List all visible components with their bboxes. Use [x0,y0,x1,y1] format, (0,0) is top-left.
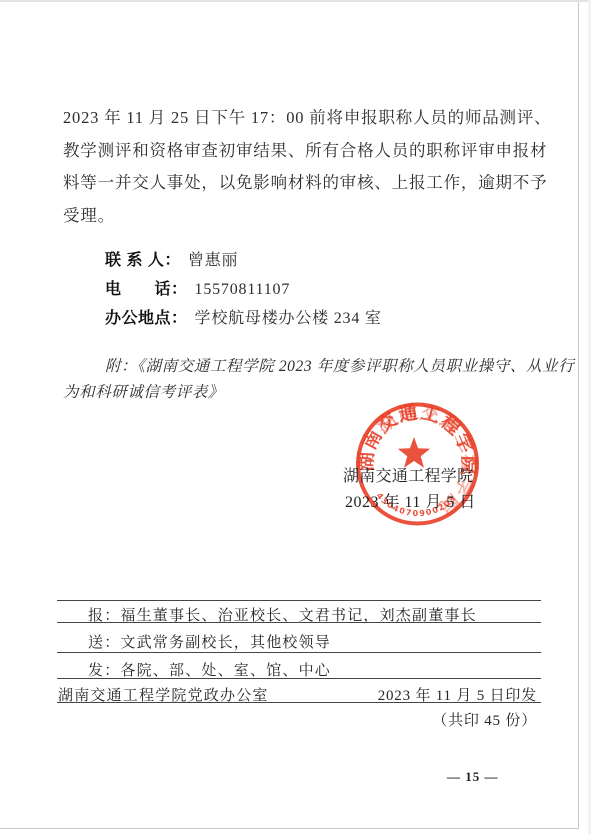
page-edge-top [0,0,591,2]
footer-distribute-label: 发： [88,663,120,679]
office-location-row: 办公地点：学校航母楼办公楼 234 室 [105,304,382,333]
footer-send-value: 文武常务副校长，其他校领导 [120,635,331,651]
footer-send-row: 送：文武常务副校长，其他校领导 [88,631,331,652]
signature-org-name: 湖南交通工程学院 [343,463,473,486]
phone-row: 电 话：15570811107 [105,275,382,304]
footer-distribute-value: 各院、部、处、室、馆、中心 [120,663,331,679]
footer-rule [57,702,541,703]
page-edge-bottom [0,828,579,829]
body-line: 料等一并交人事处，以免影响材料的审核、上报工作，逾期不予 [63,167,531,200]
body-line: 教学测评和资格审查初审结果、所有合格人员的职称评审申报材 [63,135,531,168]
body-line: 2023 年 11 月 25 日下午 17：00 前将申报职称人员的师品测评、 [63,102,531,135]
document-page: 2023 年 11 月 25 日下午 17：00 前将申报职称人员的师品测评、 … [0,0,591,834]
footer-rule [57,622,541,623]
contact-person-value: 曾惠丽 [188,252,238,269]
contact-person-label: 联 系 人： [105,252,181,269]
body-line: 受理。 [63,200,531,233]
footer-send-label: 送： [88,635,120,651]
footer-copies-count: （共印 45 份） [432,709,537,730]
body-paragraph: 2023 年 11 月 25 日下午 17：00 前将申报职称人员的师品测评、 … [63,102,531,232]
page-number: — 15 — [447,769,499,785]
phone-value: 15570811107 [195,281,291,298]
footer-rule [57,600,541,601]
office-location-label: 办公地点： [105,310,188,327]
page-edge-right [578,2,579,828]
phone-label: 电 话： [105,281,188,298]
office-location-value: 学校航母楼办公楼 234 室 [195,310,382,327]
footer-distribute-row: 发：各院、部、处、室、馆、中心 [88,659,331,680]
attachment-line: 附：《湖南交通工程学院 2023 年度参评职称人员职业操守、从业行 [63,354,535,380]
contact-info-block: 联 系 人：曾惠丽 电 话：15570811107 办公地点：学校航母楼办公楼 … [105,246,382,333]
signature-date: 2023 年 11 月 5 日 [345,489,476,512]
footer-rule [57,678,541,679]
contact-person-row: 联 系 人：曾惠丽 [105,246,382,275]
footer-rule [57,652,541,653]
